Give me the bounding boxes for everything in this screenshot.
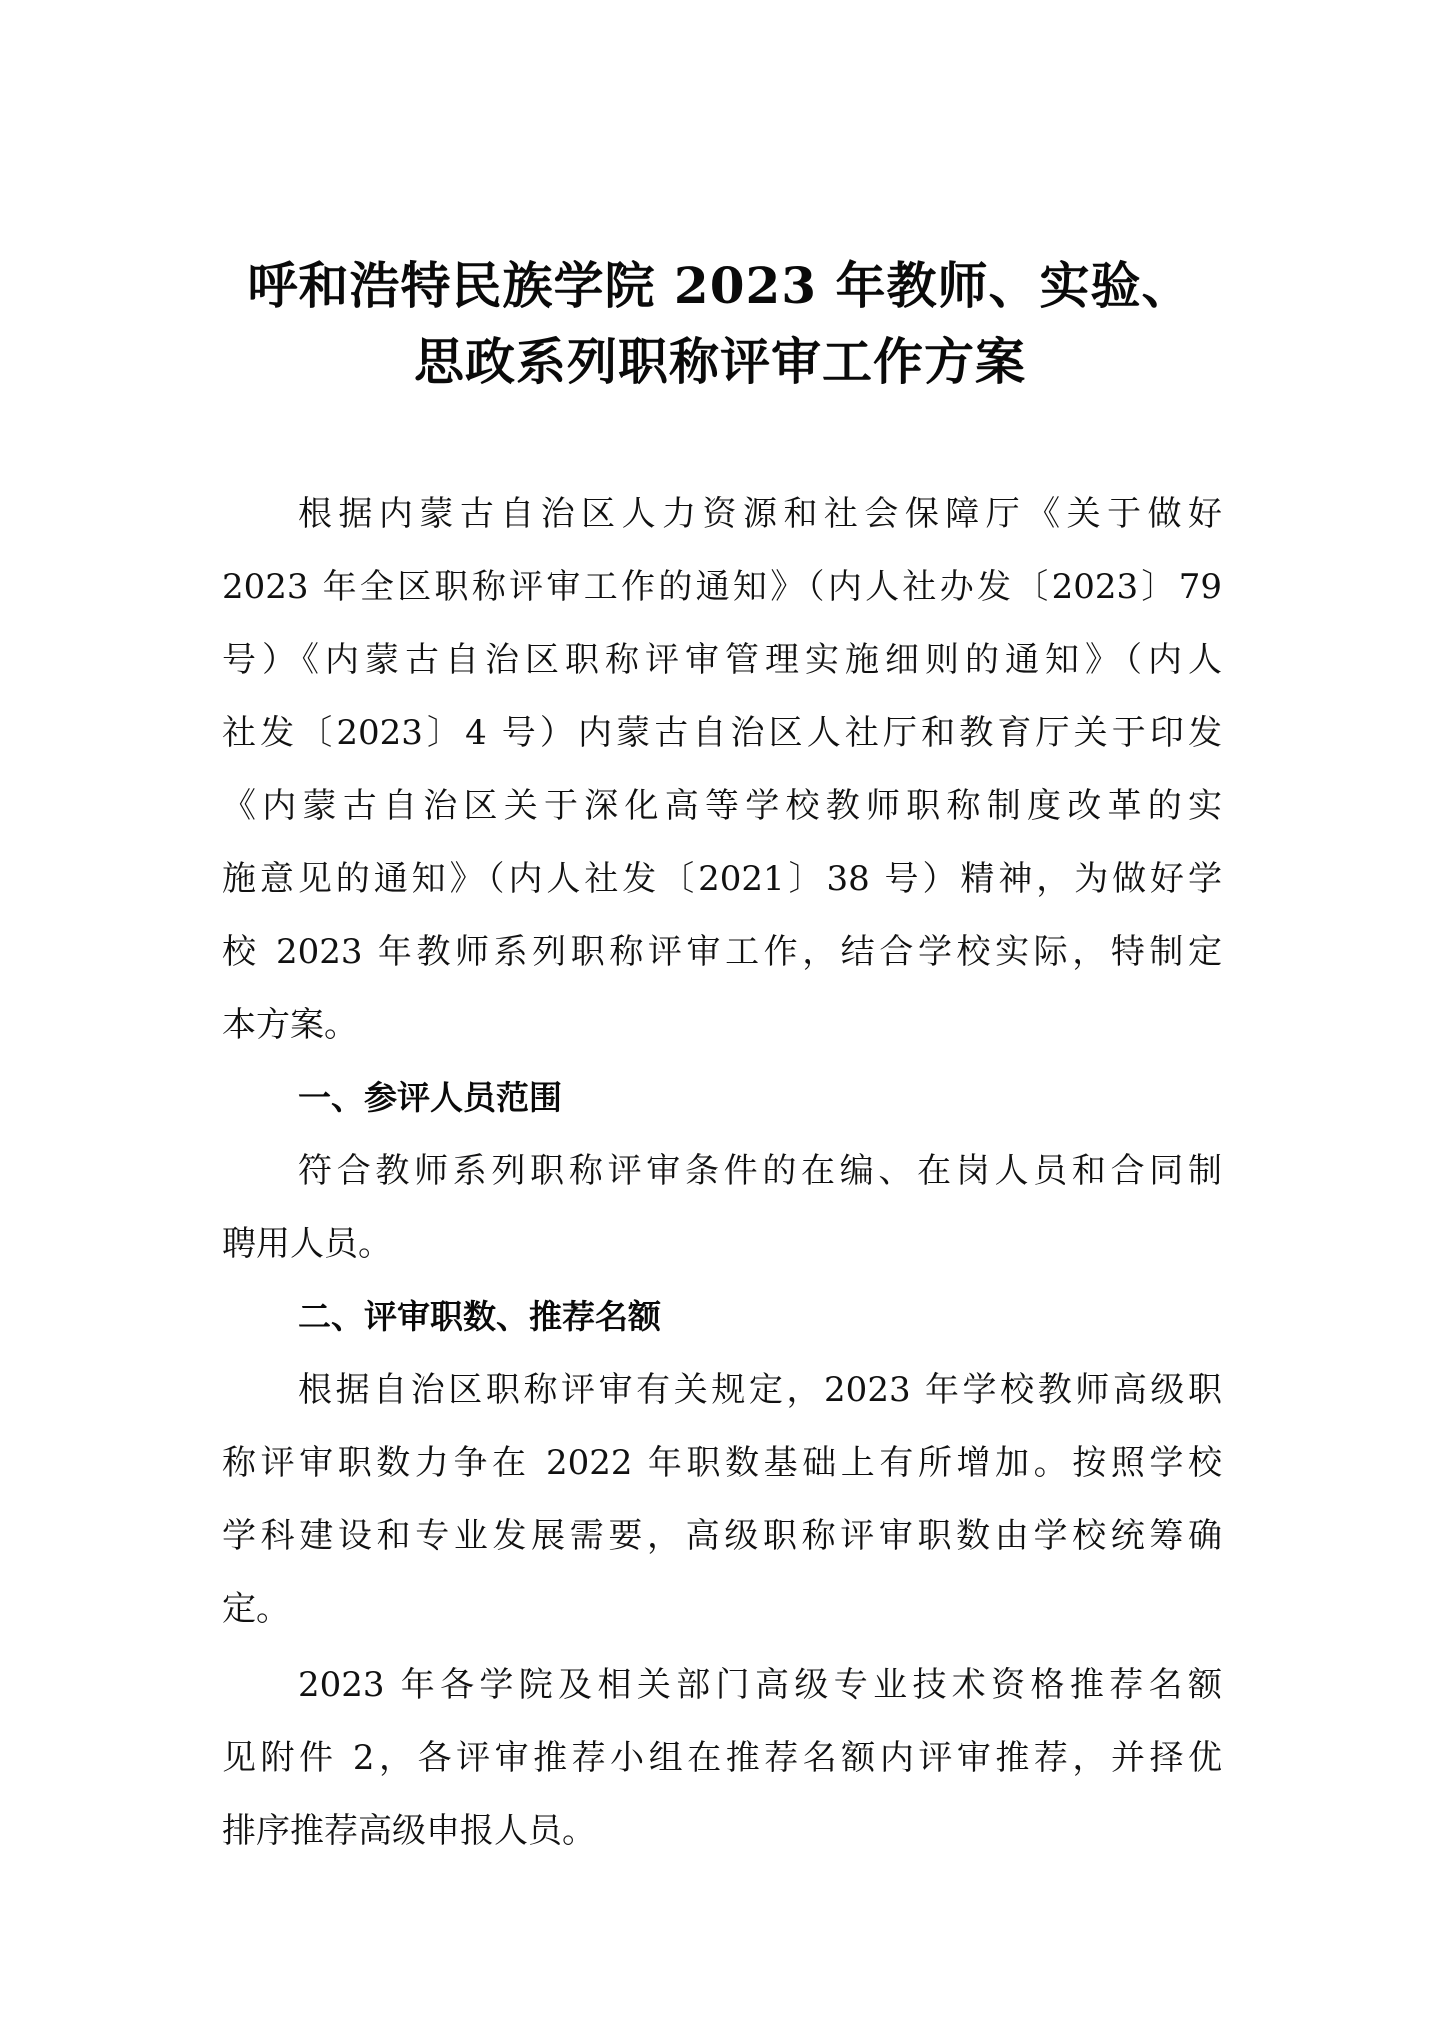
section-2-line: 定。 (222, 1585, 1222, 1633)
intro-line: 社发〔2023〕4 号）内蒙古自治区人社厅和教育厅关于印发 (222, 709, 1222, 757)
intro-line: 根据内蒙古自治区人力资源和社会保障厅《关于做好 (298, 490, 1222, 538)
section-2-line: 学科建设和专业发展需要，高级职称评审职数由学校统筹确 (222, 1512, 1222, 1560)
section-2-line: 2023 年各学院及相关部门高级专业技术资格推荐名额 (298, 1661, 1222, 1709)
intro-line: 本方案。 (222, 1001, 1222, 1049)
intro-line: 号）《内蒙古自治区职称评审管理实施细则的通知》（内人 (222, 636, 1222, 684)
section-1-line: 聘用人员。 (222, 1220, 1222, 1268)
section-2-line: 称评审职数力争在 2022 年职数基础上有所增加。按照学校 (222, 1439, 1222, 1487)
intro-line: 施意见的通知》（内人社发〔2021〕38 号）精神，为做好学 (222, 855, 1222, 903)
document-title-line-1: 呼和浩特民族学院 2023 年教师、实验、 (0, 256, 1440, 316)
section-2-line: 排序推荐高级申报人员。 (222, 1807, 1222, 1855)
intro-line: 校 2023 年教师系列职称评审工作，结合学校实际，特制定 (222, 928, 1222, 976)
intro-line: 2023 年全区职称评审工作的通知》（内人社办发〔2023〕79 (222, 563, 1222, 611)
section-1-line: 符合教师系列职称评审条件的在编、在岗人员和合同制 (298, 1147, 1222, 1195)
document-title-line-2: 思政系列职称评审工作方案 (0, 332, 1440, 392)
intro-line: 《内蒙古自治区关于深化高等学校教师职称制度改革的实 (222, 782, 1222, 830)
document-page: 呼和浩特民族学院 2023 年教师、实验、 思政系列职称评审工作方案 根据内蒙古… (0, 0, 1440, 2037)
section-2-line: 根据自治区职称评审有关规定，2023 年学校教师高级职 (298, 1366, 1222, 1414)
section-heading-1: 一、参评人员范围 (298, 1074, 562, 1122)
section-heading-2: 二、评审职数、推荐名额 (298, 1293, 661, 1341)
section-2-line: 见附件 2，各评审推荐小组在推荐名额内评审推荐，并择优 (222, 1734, 1222, 1782)
